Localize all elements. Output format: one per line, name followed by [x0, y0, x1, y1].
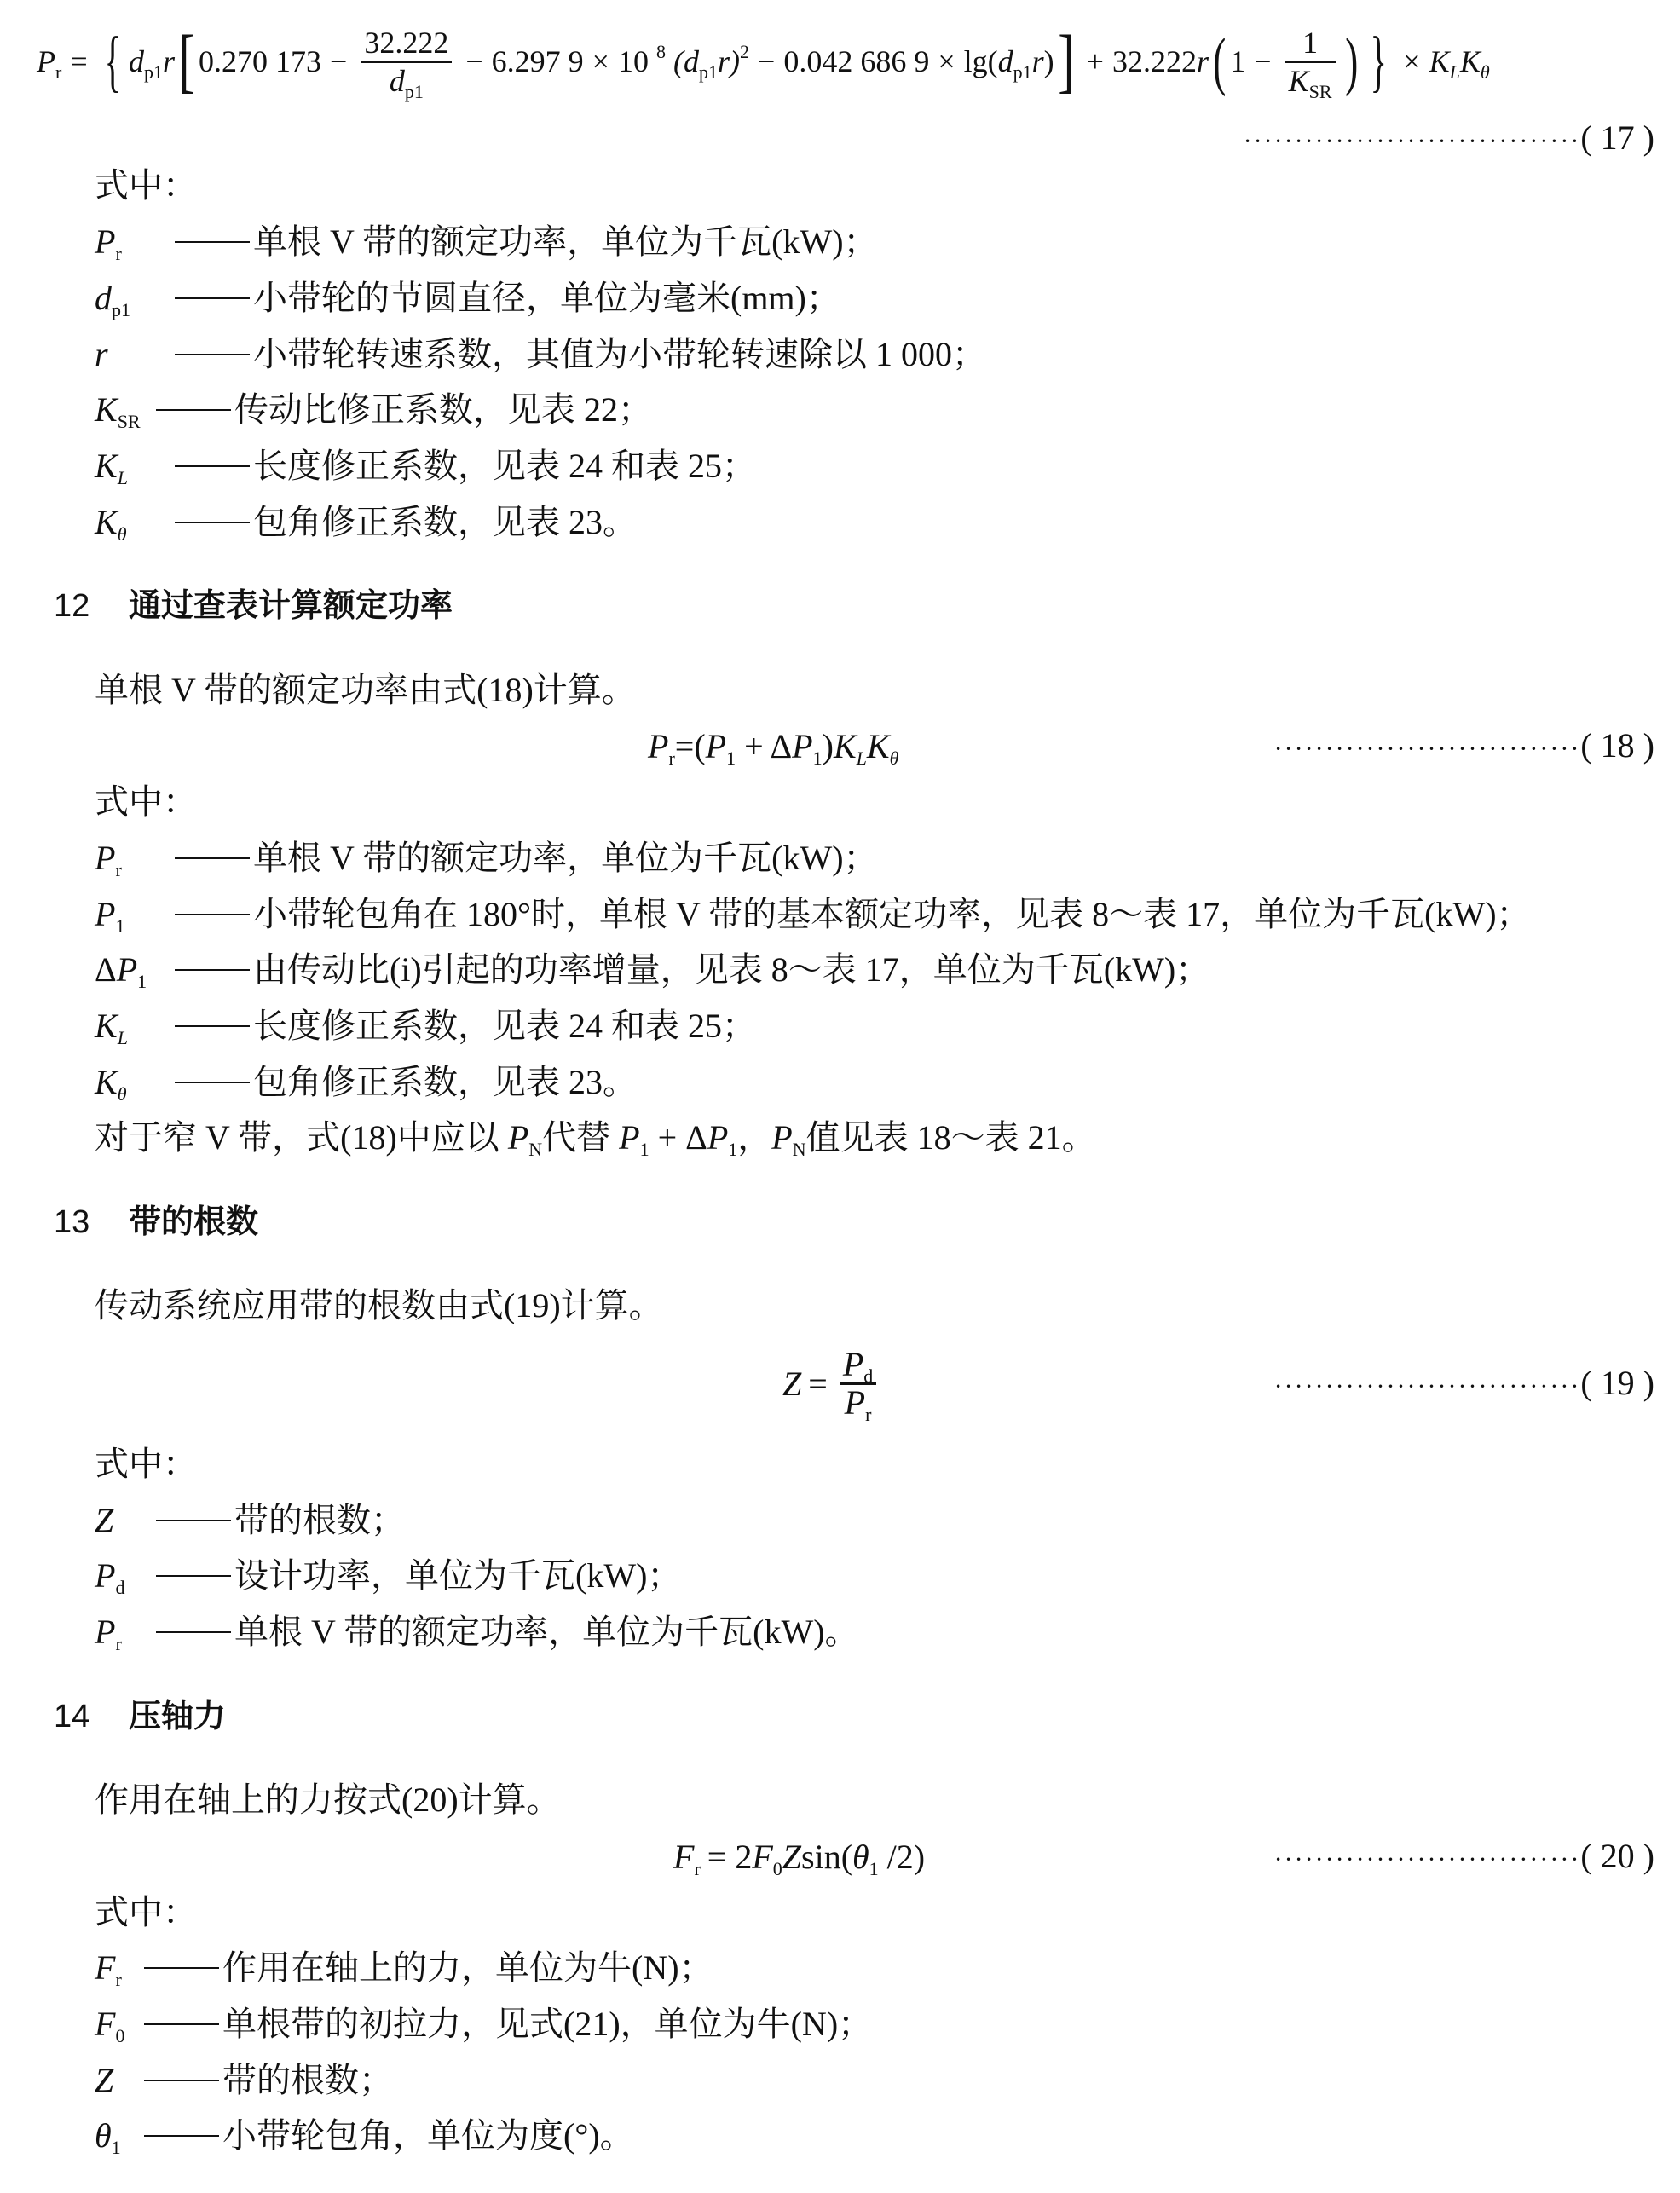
definition-text: 传动比修正系数，见表 22； — [234, 390, 652, 430]
section-12-intro: 单根 V 带的额定功率由式(18)计算。 — [95, 670, 636, 711]
definition-text: 小带轮的节圆直径，单位为毫米(mm)； — [253, 278, 840, 319]
definition-kl: KL长度修正系数，见表 24 和表 25； — [95, 1006, 756, 1047]
theta1: θ1 — [852, 1837, 879, 1877]
em-dash — [156, 1520, 231, 1521]
definition-text: 小带轮转速系数，其值为小带轮转速除以 1 000； — [253, 334, 986, 375]
fraction-1-over-ksr: 1 KSR — [1285, 25, 1336, 99]
definition-kl: KL长度修正系数，见表 24 和表 25； — [95, 446, 756, 487]
symbol: Pr — [95, 222, 175, 263]
dot-leader: ································· — [1244, 127, 1581, 155]
definition-text: 作用在轴上的力，单位为牛(N)； — [222, 1948, 713, 1988]
dot-leader: ······························ — [1274, 735, 1581, 763]
fr: Fr — [673, 1837, 701, 1877]
definition-text: 单根 V 带的额定功率，单位为千瓦(kW)。 — [234, 1612, 859, 1653]
fraction-denominator: Pr — [841, 1385, 875, 1421]
dp1r-squared: (dp1r)2 — [666, 43, 749, 79]
dot-leader: ······························ — [1274, 1845, 1581, 1873]
definition-text: 设计功率，单位为千瓦(kW)； — [234, 1555, 681, 1596]
em-dash — [175, 857, 250, 859]
equals-open-paren: =( — [675, 726, 706, 766]
where-label: 式中： — [95, 165, 197, 206]
section-number: 14 — [54, 1696, 129, 1737]
minus-sign: − — [1254, 43, 1271, 79]
definition-p1: P1小带轮包角在 180°时，单根 V 带的基本额定功率，见表 8～表 17，单… — [95, 894, 1531, 935]
constant-3: 0.042 686 9 — [783, 43, 929, 79]
fraction-denominator: KSR — [1285, 63, 1336, 99]
symbol: Pd — [95, 1555, 156, 1596]
em-dash — [175, 297, 250, 299]
definition-ktheta: Kθ包角修正系数，见表 23。 — [95, 502, 637, 543]
definition-ksr: KSR传动比修正系数，见表 22； — [95, 390, 652, 430]
section-13-intro: 传动系统应用带的根数由式(19)计算。 — [95, 1285, 663, 1326]
times-sign: × — [938, 43, 955, 79]
equals-two: = 2 — [707, 1837, 753, 1877]
definition-z: Z带的根数； — [95, 1500, 405, 1541]
right-paren: ) — [1345, 29, 1358, 94]
constant-2: 6.297 9 — [492, 43, 584, 79]
times-sign: × — [1403, 43, 1420, 79]
fraction-32-222-over-dp1: 32.222 dp1 — [361, 25, 452, 99]
symbol: F0 — [95, 2004, 144, 2045]
definition-pd: Pd设计功率，单位为千瓦(kW)； — [95, 1555, 681, 1596]
definition-pr: Pr单根 V 带的额定功率，单位为千瓦(kW)； — [95, 222, 878, 263]
eq17-lhs: Pr — [37, 43, 61, 79]
log-term: lg(dp1r) — [964, 43, 1054, 79]
section-title: 压轴力 — [129, 1699, 226, 1734]
fraction-numerator: Pd — [840, 1347, 876, 1382]
em-dash — [175, 522, 250, 523]
f0: F0 — [752, 1837, 782, 1877]
symbol: KL — [95, 446, 175, 487]
fraction-numerator: 32.222 — [361, 25, 452, 61]
section-number: 12 — [54, 586, 129, 626]
z: Z — [782, 1837, 801, 1877]
kl-ktheta: KLKθ — [834, 726, 898, 766]
equation-19: Z = Pd Pr — [782, 1345, 881, 1422]
em-dash — [175, 1082, 250, 1083]
section-heading-13: 13带的根数 — [54, 1202, 258, 1243]
section-heading-14: 14压轴力 — [54, 1696, 226, 1737]
section-heading-12: 12通过查表计算额定功率 — [54, 586, 453, 626]
equation-18: Pr =( P1 + Δ P1 ) KLKθ — [648, 725, 898, 766]
em-dash — [175, 354, 250, 355]
symbol: KL — [95, 1006, 175, 1047]
section-14-intro: 作用在轴上的力按式(20)计算。 — [95, 1780, 561, 1821]
dp1: P1 — [792, 726, 822, 766]
em-dash — [175, 241, 250, 243]
symbol: Pr — [95, 838, 175, 879]
equation-number: ( 20 ) — [1580, 1837, 1654, 1875]
definition-text: 长度修正系数，见表 24 和表 25； — [253, 446, 756, 487]
section-title: 通过查表计算额定功率 — [129, 588, 453, 624]
symbol: Z — [95, 1500, 156, 1541]
em-dash — [144, 1967, 219, 1969]
minus-sign: − — [465, 43, 482, 79]
equals-sign: = — [70, 43, 87, 79]
symbol: ΔP1 — [95, 949, 175, 990]
z: Z — [782, 1364, 801, 1404]
equation-number: ( 18 ) — [1580, 726, 1654, 765]
definition-z: Z带的根数； — [95, 2060, 393, 2101]
eq18-lhs: Pr — [648, 726, 675, 766]
right-bracket: ] — [1058, 26, 1075, 97]
equals-sign: = — [808, 1364, 828, 1404]
symbol: Pr — [95, 1612, 156, 1653]
em-dash — [156, 1575, 231, 1577]
fraction-denominator: dp1 — [386, 63, 427, 99]
symbol: Kθ — [95, 1062, 175, 1103]
definition-text: 小带轮包角在 180°时，单根 V 带的基本额定功率，见表 8～表 17，单位为… — [253, 894, 1531, 935]
equation-17: Pr = { dp1r [ 0.270 173 − 32.222 dp1 − 6… — [37, 19, 1490, 104]
plus-delta: + Δ — [736, 726, 792, 766]
where-label: 式中： — [95, 1444, 197, 1485]
definition-ktheta: Kθ包角修正系数，见表 23。 — [95, 1062, 637, 1103]
definition-text: 由传动比(i)引起的功率增量，见表 8～表 17，单位为千瓦(kW)； — [253, 949, 1209, 990]
left-bracket: [ — [178, 26, 195, 97]
definition-text: 单根 V 带的额定功率，单位为千瓦(kW)； — [253, 222, 878, 263]
definition-text: 单根带的初拉力，见式(21)，单位为牛(N)； — [222, 2004, 872, 2045]
definition-text: 包角修正系数，见表 23。 — [253, 502, 637, 543]
symbol: Kθ — [95, 502, 175, 543]
p1: P1 — [706, 726, 736, 766]
equation-number-18: ······························( 18 ) — [1274, 725, 1654, 765]
em-dash — [144, 2023, 219, 2025]
equation-number-17: ·································( 17 ) — [1244, 118, 1654, 158]
plus-sign: + — [1087, 43, 1104, 79]
em-dash — [144, 2135, 219, 2137]
fraction-numerator: 1 — [1299, 25, 1321, 61]
where-label: 式中： — [95, 782, 197, 822]
left-paren: ( — [1213, 29, 1226, 94]
definition-dp1: dp1小带轮的节圆直径，单位为毫米(mm)； — [95, 278, 840, 319]
one: 1 — [1230, 43, 1245, 79]
symbol: r — [95, 334, 175, 375]
minus-sign: − — [330, 43, 347, 79]
symbol: θ1 — [95, 2115, 144, 2156]
minus-sign: − — [758, 43, 775, 79]
definition-pr: Pr单根 V 带的额定功率，单位为千瓦(kW)。 — [95, 1612, 859, 1653]
narrow-belt-note: 对于窄 V 带，式(18)中应以 PN代替 P1 + ΔP1，PN值见表 18～… — [95, 1117, 1096, 1158]
em-dash — [156, 409, 231, 411]
definition-f0: F0单根带的初拉力，见式(21)，单位为牛(N)； — [95, 2004, 872, 2045]
left-brace: { — [104, 27, 120, 95]
dot-leader: ······························ — [1274, 1372, 1581, 1400]
em-dash — [156, 1631, 231, 1633]
sin-open: sin( — [801, 1837, 852, 1877]
half-close: /2) — [879, 1837, 925, 1877]
definition-text: 包角修正系数，见表 23。 — [253, 1062, 637, 1103]
section-number: 13 — [54, 1202, 129, 1243]
power-of-ten: 10 8 — [618, 43, 666, 79]
kl-ktheta: KLKθ — [1429, 43, 1490, 79]
em-dash — [175, 914, 250, 915]
symbol: Fr — [95, 1948, 144, 1988]
definition-pr: Pr单根 V 带的额定功率，单位为千瓦(kW)； — [95, 838, 878, 879]
definition-r: r小带轮转速系数，其值为小带轮转速除以 1 000； — [95, 334, 986, 375]
symbol: Z — [95, 2060, 144, 2101]
eq17-dp1r: dp1r — [129, 43, 175, 79]
em-dash — [175, 465, 250, 467]
section-title: 带的根数 — [129, 1204, 258, 1240]
constant-4: 32.222r — [1112, 43, 1209, 79]
equation-number-20: ······························( 20 ) — [1274, 1836, 1654, 1876]
equation-number: ( 19 ) — [1580, 1364, 1654, 1402]
symbol: P1 — [95, 894, 175, 935]
right-brace: } — [1370, 27, 1386, 95]
symbol: KSR — [95, 390, 156, 430]
em-dash — [175, 1025, 250, 1027]
equation-number: ( 17 ) — [1580, 118, 1654, 157]
close-paren: ) — [823, 726, 834, 766]
definition-text: 小带轮包角，单位为度(°)。 — [222, 2115, 634, 2156]
equation-number-19: ······························( 19 ) — [1274, 1363, 1654, 1403]
definition-text: 单根 V 带的额定功率，单位为千瓦(kW)； — [253, 838, 878, 879]
times-sign: × — [592, 43, 609, 79]
definition-text: 带的根数； — [234, 1500, 405, 1541]
em-dash — [144, 2080, 219, 2081]
fraction-pd-over-pr: Pd Pr — [840, 1347, 876, 1421]
symbol: dp1 — [95, 278, 175, 319]
definition-text: 长度修正系数，见表 24 和表 25； — [253, 1006, 756, 1047]
em-dash — [175, 969, 250, 971]
definition-delta-p1: ΔP1由传动比(i)引起的功率增量，见表 8～表 17，单位为千瓦(kW)； — [95, 949, 1209, 990]
constant-1: 0.270 173 — [199, 43, 321, 79]
definition-theta1: θ1小带轮包角，单位为度(°)。 — [95, 2115, 634, 2156]
equation-20: Fr = 2 F0 Z sin( θ1 /2) — [673, 1836, 925, 1877]
definition-fr: Fr作用在轴上的力，单位为牛(N)； — [95, 1948, 713, 1988]
definition-text: 带的根数； — [222, 2060, 393, 2101]
where-label: 式中： — [95, 1892, 197, 1933]
